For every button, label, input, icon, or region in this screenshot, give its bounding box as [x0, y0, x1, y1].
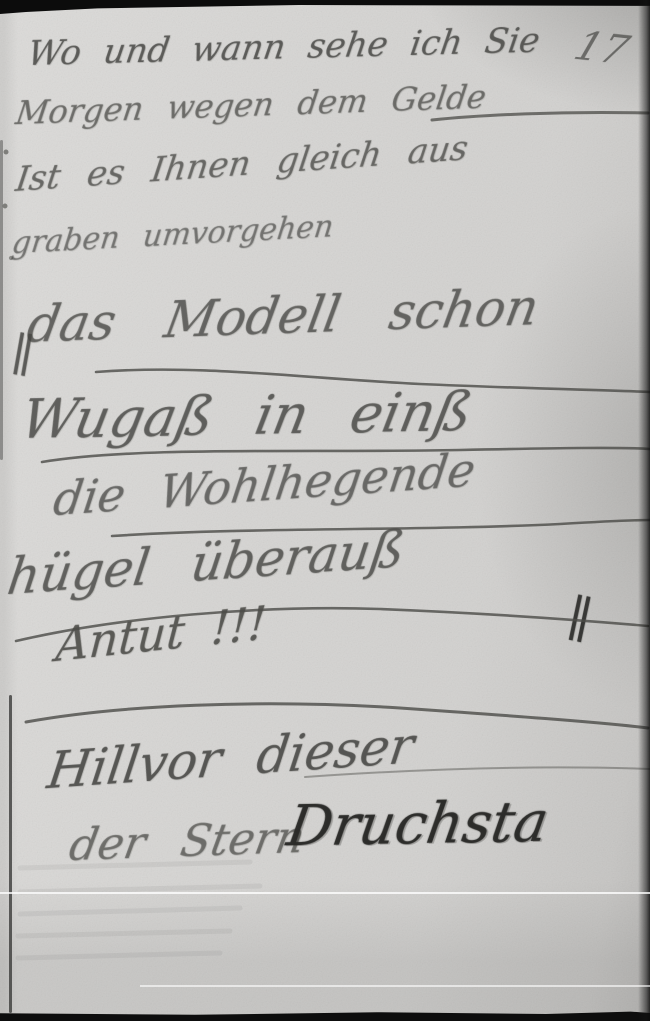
handwritten-line-4: graben umvorgehen — [10, 209, 336, 261]
handwritten-line-6: Wugaß in einß — [16, 380, 478, 451]
handwritten-line-8: hügel überauß — [4, 520, 408, 606]
pencil-dot — [3, 204, 7, 208]
handwritten-line-7: die Wohlhegende — [50, 442, 479, 526]
page-number: 17 — [568, 24, 635, 74]
scan-border-left — [0, 140, 3, 460]
scratch-artifact — [140, 985, 650, 987]
insertion-mark-icon: ∥ — [562, 589, 597, 651]
insertion-mark-icon: ∥ — [7, 326, 37, 383]
scan-border-bottom — [0, 1011, 650, 1021]
pencil-dot — [4, 150, 8, 154]
scan-border-right — [638, 0, 650, 1021]
scratch-artifact — [0, 892, 650, 894]
handwritten-line-1: Wo und wann sehe ich Sie — [25, 21, 542, 75]
ghost-ruled-lines — [18, 862, 260, 958]
handwritten-line-5: das Modell schon — [23, 278, 543, 354]
handwritten-line-10: Hillvor dieser — [44, 716, 418, 800]
handwritten-line-11: der Stern — [65, 812, 308, 872]
handwritten-line-3: Ist es Ihnen gleich aus — [13, 128, 470, 200]
scanned-page: Wo und wann sehe ich Sie 17 Morgen wegen… — [0, 0, 650, 1021]
scan-border-top — [0, 0, 650, 14]
page-gutter-line — [9, 695, 12, 1013]
handwritten-line-9: Antut !!! — [54, 596, 268, 673]
handwritten-line-12-overwrite: Druchsta — [283, 789, 553, 859]
handwritten-line-2: Morgen wegen dem Gelde — [13, 77, 488, 132]
